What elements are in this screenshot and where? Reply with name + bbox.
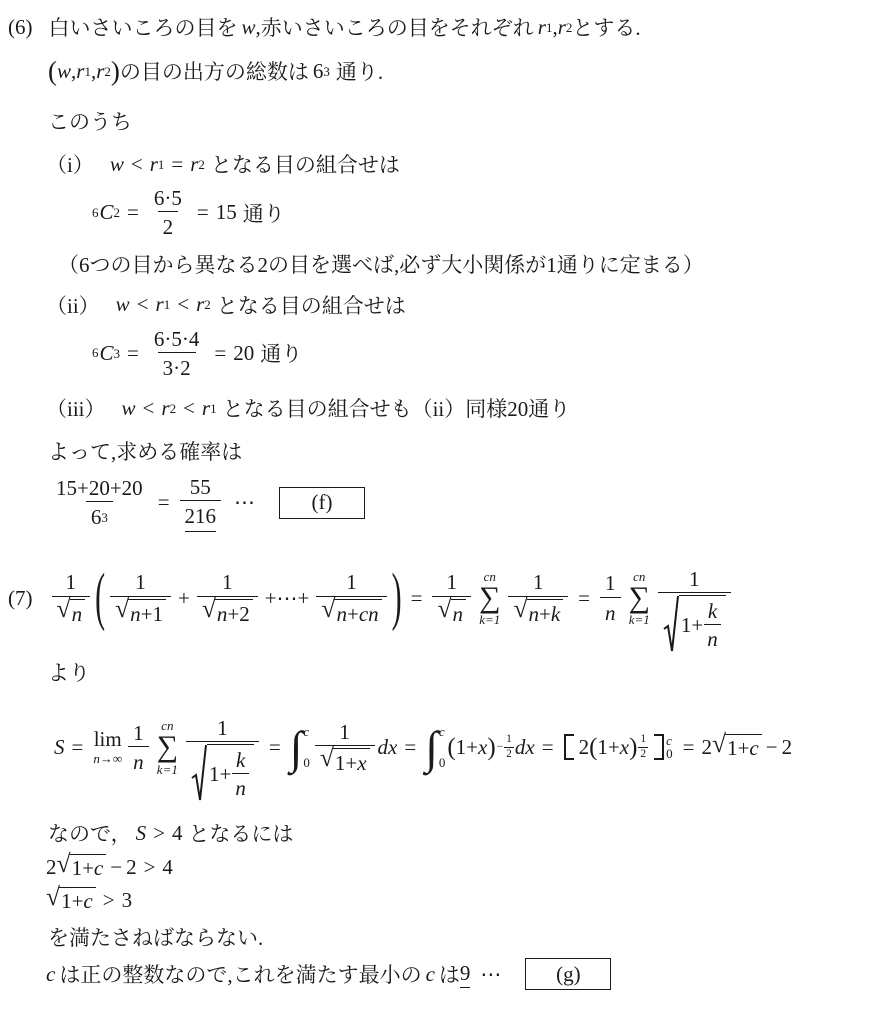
denominator: √1+x — [315, 745, 375, 776]
denominator: √n+2 — [197, 596, 258, 627]
numerator: 1 — [130, 569, 151, 595]
differential-dx: dx — [515, 735, 535, 760]
one-plus: 1+ — [727, 736, 749, 761]
var-n: n — [130, 601, 141, 627]
summation-icon: ∑ — [157, 733, 178, 762]
item-iii-label: （iii） — [46, 393, 106, 423]
var-w: w — [242, 15, 256, 40]
var-x: x — [357, 750, 366, 776]
equals: = — [542, 735, 554, 760]
fraction: 6·5·4 3·2 — [149, 326, 205, 382]
number-6: 6 — [91, 504, 102, 530]
var-r: r — [76, 59, 84, 84]
less-than: < — [137, 292, 149, 317]
minus: − — [766, 735, 778, 760]
radical-sign-icon: √ — [712, 731, 726, 757]
underlined-answer: 216 — [185, 503, 217, 531]
right-paren-icon: ) — [629, 735, 637, 760]
var-r: r — [150, 152, 158, 177]
radical-sign-icon: √ — [202, 596, 216, 622]
equals: = — [683, 735, 695, 760]
radicand: n+2 — [215, 599, 253, 627]
equals: = — [214, 341, 226, 366]
text-run: の目の出方の総数は — [120, 56, 309, 86]
greater-than: > — [153, 821, 165, 846]
radicand: 1+x — [333, 748, 370, 776]
one-plus: 1+ — [681, 612, 703, 638]
less-than: < — [183, 396, 195, 421]
equals: = — [197, 200, 209, 225]
number-1: 1 — [152, 601, 163, 627]
line-condition: なので， S > 4 となるには — [48, 818, 894, 848]
equals: = — [171, 152, 183, 177]
exponent-half: 12 — [638, 734, 648, 760]
underlined-answer: 9 — [460, 961, 471, 988]
subscript-2: 2 — [170, 402, 177, 415]
line-problem7-identity: (7) 1 √n ( 1 √n+1 + 1 √n+2 +⋯+ 1 √n+cn — [8, 544, 894, 653]
radicand: 1+c — [725, 734, 762, 761]
one-plus: 1+ — [597, 735, 619, 760]
numerator: 6·5·4 — [149, 326, 205, 352]
sum-lower-limit: k=1 — [157, 763, 178, 776]
equals: = — [411, 586, 423, 611]
fraction-k-over-n: k n — [704, 598, 721, 653]
denominator: 1+ k n — [658, 592, 731, 653]
exponent-denominator: 2 — [506, 748, 512, 761]
fraction: 1 √n+k — [508, 569, 568, 627]
left-paren-icon: ( — [48, 58, 57, 85]
equals: = — [72, 735, 84, 760]
left-paren-icon: ( — [447, 735, 455, 760]
subscript-1: 1 — [158, 158, 165, 171]
var-C: C — [100, 341, 114, 366]
radical-sign-icon: √ — [320, 745, 334, 771]
greater-than: > — [103, 888, 115, 913]
exponent-numerator: 1 — [504, 734, 514, 748]
var-S: S — [54, 735, 65, 760]
text-run: となる目の組合せは — [211, 149, 400, 179]
right-paren-icon: ) — [111, 58, 120, 85]
sqrt: √n — [57, 599, 86, 627]
sqrt: √1+c — [57, 854, 107, 881]
numerator: 1 — [128, 720, 149, 746]
upper-bound-c: c — [303, 725, 310, 738]
sqrt: √1+x — [320, 748, 370, 776]
number-3: 3 — [122, 888, 133, 913]
sqrt-tall: 1+ k n — [663, 595, 726, 653]
radical-sign-icon: √ — [321, 596, 335, 622]
radical-sign-icon — [191, 744, 207, 802]
one-plus: 1+ — [456, 735, 478, 760]
radicand: n — [70, 599, 86, 627]
denominator: √n — [432, 596, 471, 627]
var-w: w — [110, 152, 124, 177]
denominator: 1+ k n — [186, 741, 259, 802]
text-run: より — [48, 657, 90, 687]
pre-subscript-6: 6 — [92, 205, 99, 221]
left-paren-icon: ( — [589, 735, 597, 760]
fraction: 1 √n+1 — [110, 569, 171, 627]
text-run: このうち — [48, 106, 132, 136]
var-n: n — [217, 601, 228, 627]
number-2: 2 — [782, 735, 793, 760]
subscript-2: 2 — [114, 206, 121, 219]
fraction: 15+20+20 63 — [51, 475, 148, 531]
equals: = — [404, 735, 416, 760]
radicand: n+k — [527, 599, 564, 627]
denominator: √n+k — [508, 596, 568, 627]
numerator: 1 — [212, 715, 233, 741]
equals: = — [269, 735, 281, 760]
text-run: 赤いさいころの目をそれぞれ — [261, 12, 534, 42]
greater-than: > — [144, 855, 156, 880]
integral-icon: ∫ — [290, 728, 303, 767]
subscript-1: 1 — [164, 298, 171, 311]
one-plus: 1+ — [335, 750, 357, 776]
subscript-1: 1 — [210, 402, 217, 415]
denominator: √n+cn — [316, 596, 386, 627]
sum-lower-limit: k=1 — [629, 613, 650, 626]
var-w: w — [122, 396, 136, 421]
fraction-k-over-n: k n — [232, 747, 249, 802]
var-r: r — [96, 59, 104, 84]
line-case-ii: （ii） w < r1 < r2 となる目の組合せは — [46, 290, 894, 320]
denominator: n — [704, 624, 721, 652]
number-4: 4 — [162, 855, 173, 880]
numerator: 1 — [334, 719, 355, 745]
numerator: 15+20+20 — [51, 475, 148, 501]
var-S: S — [136, 821, 147, 846]
denominator: 63 — [86, 501, 113, 530]
numerator: 1 — [341, 569, 362, 595]
equals: = — [127, 341, 139, 366]
denominator: n — [600, 597, 621, 626]
fraction: 6·5 2 — [149, 185, 187, 241]
minus: − — [110, 855, 122, 880]
right-paren-icon: ) — [487, 735, 495, 760]
numerator: 1 — [600, 570, 621, 596]
equals: = — [158, 490, 170, 515]
line-inequality-2: √1+c > 3 — [46, 887, 894, 914]
upper-bound-c: c — [439, 725, 446, 738]
lim-subscript: n→∞ — [93, 752, 122, 765]
problem7-label: (7) — [8, 586, 33, 611]
radical-sign-icon: √ — [115, 596, 129, 622]
line-combination-6c3: 6C3 = 6·5·4 3·2 = 20 通り — [92, 326, 894, 382]
integral-icon: ∫ — [425, 728, 438, 767]
answer-label-f: (f) — [312, 490, 333, 515]
number-20: 20 — [233, 341, 254, 366]
numerator: 6·5 — [149, 185, 187, 211]
denominator: 216 — [180, 500, 222, 531]
lower-bound-0: 0 — [303, 756, 310, 769]
plus: + — [227, 601, 239, 627]
fraction: 1 n — [600, 570, 621, 626]
numerator: 1 — [684, 566, 705, 592]
right-bracket-icon — [654, 734, 664, 760]
radicand: 1+c — [70, 854, 107, 881]
line-case-iii: （iii） w < r2 < r1 となる目の組合せも（ii）同様20通り — [46, 393, 894, 423]
numerator: 1 — [528, 569, 549, 595]
text-run: となるには — [188, 818, 293, 848]
numerator: k — [705, 598, 720, 624]
var-n: n — [72, 601, 83, 627]
numerator: 55 — [185, 474, 216, 500]
var-n: n — [336, 601, 347, 627]
number-2: 2 — [126, 855, 137, 880]
problem6-label: (6) — [8, 15, 33, 40]
text-run: 通り — [243, 198, 285, 228]
fraction: 1 √n+2 — [197, 569, 258, 627]
var-C: C — [100, 200, 114, 225]
radicand: n — [451, 599, 467, 627]
denominator: 3·2 — [158, 352, 196, 381]
radicand: n+1 — [128, 599, 166, 627]
left-bracket-icon — [564, 734, 574, 760]
radicand: 1+c — [59, 887, 96, 914]
sqrt: √n+cn — [321, 599, 381, 627]
plus: + — [539, 601, 551, 627]
sqrt: √1+c — [712, 734, 762, 761]
text-run: とする. — [572, 12, 640, 42]
radical-sign-icon: √ — [46, 884, 60, 910]
var-r: r — [538, 15, 546, 40]
radicand: 1+ k n — [207, 744, 254, 802]
line-yotte: よって,求める確率は — [48, 436, 894, 466]
numerator: 1 — [61, 569, 82, 595]
less-than: < — [143, 396, 155, 421]
integral: ∫ c0 — [290, 725, 310, 769]
bracket-content: 2 (1+x) 12 — [579, 734, 650, 760]
equals: = — [127, 200, 139, 225]
integral: ∫ c0 — [425, 725, 445, 769]
subscript-3: 3 — [114, 347, 121, 360]
line-case-i: （i） w < r1 = r2 となる目の組合せは — [46, 149, 894, 179]
numerator: 1 — [442, 569, 463, 595]
exponent-fraction: 12 — [638, 734, 648, 760]
line-final-answer: c は正の整数なので,これを満たす最小の c は 9 ⋯ (g) — [46, 958, 894, 990]
var-c: c — [749, 736, 758, 761]
plus: + — [347, 601, 359, 627]
text-run: 白いさいころの目を — [49, 12, 238, 42]
denominator: n — [128, 746, 149, 775]
text-run: は — [439, 959, 460, 989]
number-2: 2 — [46, 855, 57, 880]
radical-sign-icon: √ — [57, 851, 71, 877]
exponent-denominator: 2 — [640, 748, 646, 761]
radical-sign-icon: √ — [437, 596, 451, 622]
superscript-3: 3 — [323, 65, 330, 78]
sqrt: √n+1 — [115, 599, 166, 627]
denominator: √n — [52, 596, 91, 627]
number-2: 2 — [239, 601, 250, 627]
number-15: 15 — [216, 200, 237, 225]
var-r: r — [202, 396, 210, 421]
var-r: r — [161, 396, 169, 421]
answer-box-f: (f) — [279, 487, 365, 519]
sqrt: √n — [437, 599, 466, 627]
denominator: n — [232, 773, 249, 801]
one-plus: 1+ — [72, 856, 94, 881]
lim-word: lim — [94, 729, 122, 750]
exponent-numerator: 1 — [638, 734, 648, 748]
var-k: k — [551, 601, 560, 627]
sqrt-tall: 1+ k n — [191, 744, 254, 802]
bracket-bounds: c0 — [666, 734, 673, 760]
sum-lower-limit: k=1 — [479, 613, 500, 626]
differential-dx: dx — [378, 735, 398, 760]
summation-icon: ∑ — [629, 584, 650, 613]
summation: cn ∑ k=1 — [629, 570, 650, 627]
text-run: よって,求める確率は — [48, 436, 242, 466]
text-run: 通り — [260, 338, 302, 368]
sqrt: √1+c — [46, 887, 96, 914]
fraction: 1 √n — [52, 569, 91, 627]
line-mitasa: を満たさねばならない. — [48, 922, 894, 952]
summation-icon: ∑ — [479, 584, 500, 613]
fraction-answer: 55 216 — [180, 474, 222, 532]
fraction: 1 n — [128, 720, 149, 776]
var-r: r — [156, 292, 164, 317]
var-w: w — [116, 292, 130, 317]
left-paren-big-icon: ( — [95, 566, 105, 631]
fraction: 1 √1+x — [315, 719, 375, 777]
text-run: となる目の組合せも（ii）同様20通り — [223, 393, 571, 423]
line-probability-answer: 15+20+20 63 = 55 216 ⋯ (f) — [48, 474, 894, 532]
radical-sign-icon — [663, 595, 679, 653]
text-run: となる目の組合せは — [217, 290, 406, 320]
denominator: √n+1 — [110, 596, 171, 627]
numerator: k — [233, 747, 248, 773]
pre-subscript-6: 6 — [92, 345, 99, 361]
var-c: c — [426, 962, 435, 987]
bracket-group: 2 (1+x) 12 c0 — [564, 726, 673, 768]
fraction-tall: 1 1+ k n — [658, 566, 731, 653]
text-run: を満たさねばならない. — [48, 922, 263, 952]
sqrt: √n+2 — [202, 599, 253, 627]
var-r: r — [190, 152, 198, 177]
var-r: r — [558, 15, 566, 40]
lower-bound-0: 0 — [666, 747, 673, 760]
var-w: w — [57, 59, 71, 84]
ellipsis: ⋯ — [480, 962, 501, 987]
limit: lim n→∞ — [93, 729, 122, 765]
math-solution-page: (6) 白いさいころの目を w , 赤いさいころの目をそれぞれ r1 , r2 … — [0, 0, 894, 1024]
text-run: は正の整数なので,これを満たす最小の — [59, 959, 421, 989]
item-ii-label: （ii） — [46, 290, 100, 320]
less-than: < — [177, 292, 189, 317]
var-n: n — [453, 601, 464, 627]
radicand: n+cn — [334, 599, 381, 627]
numerator: 1 — [217, 569, 238, 595]
var-r: r — [196, 292, 204, 317]
line-combination-6c2: 6C2 = 6·5 2 = 15 通り — [92, 185, 894, 241]
var-c: c — [46, 962, 55, 987]
line-total-outcomes: ( w , r1 , r2 ) の目の出方の総数は 63 通り. — [48, 56, 894, 86]
subscript-2: 2 — [198, 158, 205, 171]
line-konouchi: このうち — [48, 106, 894, 136]
one-plus: 1+ — [209, 761, 231, 787]
denominator: 2 — [158, 211, 179, 240]
fraction: 1 √n+cn — [316, 569, 386, 627]
integral-bounds: c0 — [439, 725, 446, 769]
number-2: 2 — [702, 735, 713, 760]
answer-box-g: (g) — [525, 958, 611, 990]
fraction: 1 √n — [432, 569, 471, 627]
plus-dots-plus: +⋯+ — [265, 586, 310, 611]
equals: = — [578, 586, 590, 611]
answer-label-g: (g) — [556, 962, 581, 987]
ellipsis: ⋯ — [234, 490, 255, 515]
line-integral-evaluation: S = lim n→∞ 1 n cn ∑ k=1 1 1+ k — [54, 693, 894, 802]
var-x: x — [620, 735, 629, 760]
var-n: n — [529, 601, 540, 627]
var-cn: cn — [359, 601, 379, 627]
line-note: （6つの目から異なる2の目を選べば,必ず大小関係が1通りに定まる） — [58, 249, 894, 279]
minus: − — [497, 742, 504, 754]
line-inequality-1: 2 √1+c − 2 > 4 — [46, 854, 894, 881]
less-than: < — [131, 152, 143, 177]
integral-bounds: c0 — [303, 725, 310, 769]
right-paren-big-icon: ) — [392, 566, 402, 631]
text-run: なので， — [48, 818, 132, 848]
subscript-2: 2 — [204, 298, 211, 311]
var-c: c — [94, 856, 103, 881]
number-2: 2 — [579, 735, 590, 760]
exponent-fraction: 12 — [504, 734, 514, 760]
text-run: 通り. — [336, 56, 383, 86]
var-c: c — [83, 889, 92, 914]
exponent-negative-half: − 12 — [497, 734, 514, 760]
summation: cn ∑ k=1 — [157, 719, 178, 776]
text-run: （6つの目から異なる2の目を選べば,必ず大小関係が1通りに定まる） — [58, 249, 704, 279]
sqrt: √n+k — [513, 599, 563, 627]
number-6: 6 — [313, 59, 324, 84]
radicand: 1+ k n — [679, 595, 726, 653]
number-4: 4 — [172, 821, 183, 846]
lower-bound-0: 0 — [439, 756, 446, 769]
radical-sign-icon: √ — [513, 596, 527, 622]
var-x: x — [478, 735, 487, 760]
one-plus: 1+ — [61, 889, 83, 914]
radical-sign-icon: √ — [57, 596, 71, 622]
superscript-3: 3 — [101, 511, 108, 524]
line-yori: より — [48, 657, 894, 687]
plus: + — [178, 586, 190, 611]
item-i-label: （i） — [46, 149, 94, 179]
plus: + — [141, 601, 153, 627]
line-problem6-intro: (6) 白いさいころの目を w , 赤いさいころの目をそれぞれ r1 , r2 … — [8, 12, 894, 42]
summation: cn ∑ k=1 — [479, 570, 500, 627]
fraction-tall: 1 1+ k n — [186, 715, 259, 802]
